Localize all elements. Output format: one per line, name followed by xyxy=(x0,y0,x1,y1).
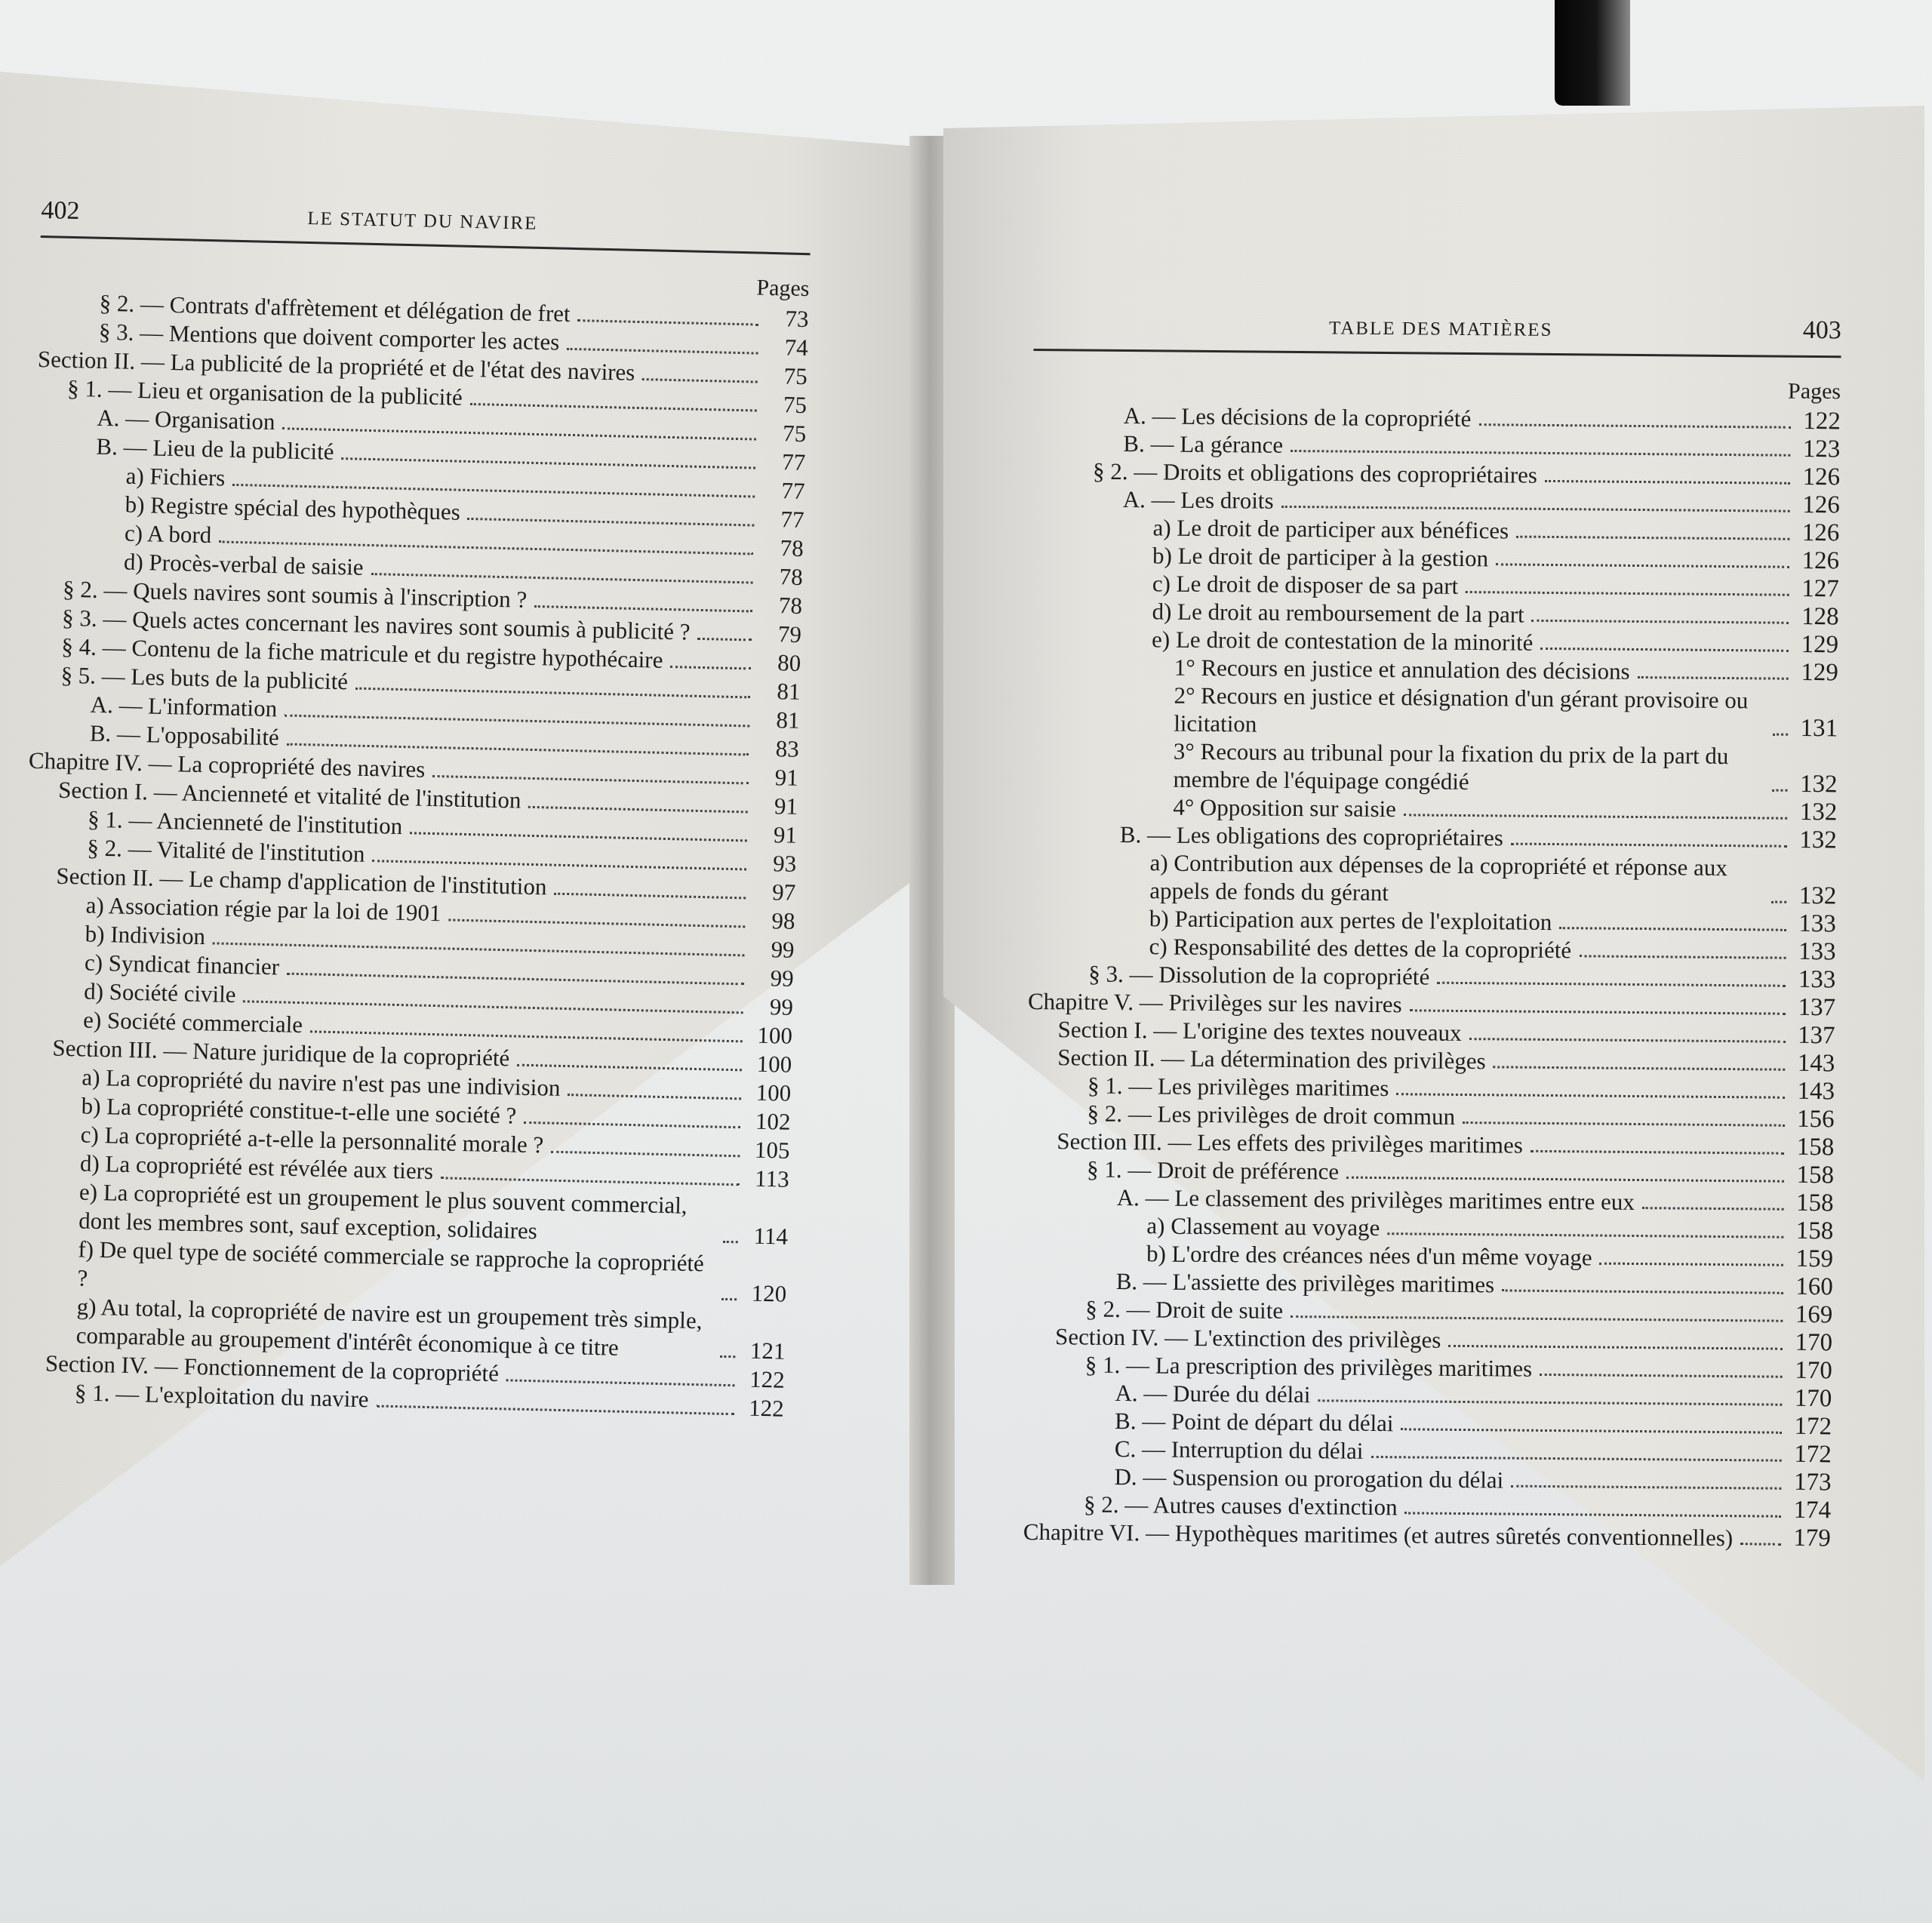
toc-entry-page: 123 xyxy=(1796,435,1840,464)
toc-entry-title: Section IV. — L'extinction des privilège… xyxy=(1055,1322,1441,1353)
toc-entry-title: B. — Les obligations des copropriétaires xyxy=(1120,820,1503,851)
toc-entry-page: 99 xyxy=(750,935,795,965)
toc-entry-page: 126 xyxy=(1795,547,1839,576)
dot-leader xyxy=(1478,423,1790,429)
dot-leader xyxy=(1291,450,1790,457)
toc-entry-page: 80 xyxy=(757,648,801,678)
dot-leader xyxy=(468,518,755,527)
dot-leader xyxy=(1638,676,1789,680)
toc-entry-title: § 2. — Droit de suite xyxy=(1085,1295,1283,1325)
table-of-contents: § 2. — Contrats d'affrètement et délégat… xyxy=(14,288,809,1423)
toc-entry-page: 120 xyxy=(743,1278,787,1308)
dot-leader xyxy=(1532,620,1789,624)
toc-entry-page: 78 xyxy=(758,591,803,620)
toc-entry-page: 160 xyxy=(1789,1273,1833,1302)
dot-leader xyxy=(1371,1456,1781,1462)
dot-leader xyxy=(1772,789,1787,792)
toc-entry-page: 77 xyxy=(761,448,806,477)
toc-entry-title: B. — L'opposabilité xyxy=(89,719,279,752)
toc-entry-page: 169 xyxy=(1789,1301,1832,1330)
toc-entry-page: 75 xyxy=(763,362,808,391)
dot-leader xyxy=(1559,927,1786,931)
dot-leader xyxy=(567,348,758,355)
toc-entry-page: 126 xyxy=(1796,491,1840,520)
dot-leader xyxy=(697,638,752,642)
toc-entry-title: B. — La gérance xyxy=(1123,429,1283,459)
dot-leader xyxy=(1496,563,1789,568)
toc-entry-page: 143 xyxy=(1791,1078,1835,1106)
toc-entry-title: Chapitre V. — Privilèges sur les navires xyxy=(1028,987,1402,1018)
toc-entry-title: B. — Point de départ du délai xyxy=(1115,1407,1394,1437)
toc-entry-page: 91 xyxy=(753,792,798,821)
toc-entry-page: 83 xyxy=(755,734,799,764)
toc-entry-title: § 2. — Droits et obligations des copropr… xyxy=(1093,457,1537,489)
dot-leader xyxy=(1642,1207,1784,1211)
dot-leader xyxy=(441,1177,740,1186)
dot-leader xyxy=(1448,1345,1783,1350)
toc-entry-page: 173 xyxy=(1787,1469,1831,1497)
dot-leader xyxy=(1540,648,1789,652)
dot-leader xyxy=(1437,982,1786,987)
dot-leader xyxy=(506,1379,735,1386)
dot-leader xyxy=(534,605,752,613)
toc-entry-page: 91 xyxy=(753,820,798,850)
right-running-head: TABLE DES MATIÈRES 403 xyxy=(1034,309,1841,358)
toc-entry-title: § 2. — Les privilèges de droit commun xyxy=(1088,1100,1456,1131)
toc-entry-title: c) Syndicat financier xyxy=(85,949,280,982)
toc-entry-page: 132 xyxy=(1793,798,1837,827)
toc-entry-title: a) Classement au voyage xyxy=(1146,1211,1380,1241)
toc-entry-title: e) Société commerciale xyxy=(83,1006,303,1040)
dot-leader xyxy=(1404,814,1787,819)
toc-entry-page: 81 xyxy=(756,677,801,706)
dot-leader xyxy=(1599,1263,1783,1266)
dot-leader xyxy=(1494,1066,1786,1070)
toc-entry-title: Section II. — La détermination des privi… xyxy=(1057,1043,1486,1075)
toc-entry-page: 93 xyxy=(752,849,797,878)
dot-leader xyxy=(577,319,758,325)
toc-entry-page: 100 xyxy=(747,1078,792,1108)
toc-entry-title: Section III. — Les effets des privilèges… xyxy=(1057,1127,1523,1158)
running-head-title: LE STATUT DU NAVIRE xyxy=(307,208,538,235)
toc-entry-page: 79 xyxy=(758,620,802,649)
dot-leader xyxy=(1396,1093,1785,1098)
toc-entry-page: 100 xyxy=(749,1021,793,1051)
toc-entry-page: 129 xyxy=(1795,631,1838,660)
dot-leader xyxy=(355,688,750,699)
running-head-title: TABLE DES MATIÈRES xyxy=(1329,318,1553,341)
toc-entry-page: 172 xyxy=(1788,1413,1832,1441)
dot-leader xyxy=(1463,1121,1785,1127)
toc-entry-page: 102 xyxy=(746,1107,791,1137)
toc-entry-title: 2° Recours en justice et désignation d'u… xyxy=(1174,682,1766,743)
toc-entry-page: 158 xyxy=(1790,1189,1834,1218)
toc-entry-title: a) Contribution aux dépenses de la copro… xyxy=(1149,848,1764,909)
toc-entry-page: 127 xyxy=(1795,575,1839,604)
toc-entry-title: b) Le droit de participer à la gestion xyxy=(1152,541,1488,572)
toc-entry-page: 81 xyxy=(755,706,800,735)
toc-entry-title: § 1. — Droit de préférence xyxy=(1087,1155,1339,1186)
toc-entry-page: 143 xyxy=(1791,1050,1835,1078)
dot-leader xyxy=(1281,506,1789,512)
dot-leader xyxy=(1773,734,1788,736)
table-of-contents: A. — Les décisions de la copropriété122B… xyxy=(1023,401,1841,1552)
toc-entry-page: 74 xyxy=(764,333,808,362)
toc-entry-title: A. — L'information xyxy=(90,691,277,724)
toc-entry-page: 77 xyxy=(761,476,805,506)
toc-entry-title: a) Le droit de participer aux bénéfices xyxy=(1152,513,1509,544)
toc-entry-page: 159 xyxy=(1789,1245,1833,1274)
toc-entry-title: b) L'ordre des créances nées d'un même v… xyxy=(1146,1239,1592,1271)
toc-entry-page: 122 xyxy=(740,1365,785,1394)
toc-entry-page: 158 xyxy=(1789,1217,1833,1246)
dot-leader xyxy=(554,893,746,900)
toc-entry-page: 129 xyxy=(1795,659,1838,688)
toc-entry-page: 133 xyxy=(1792,938,1835,967)
toc-entry-title: c) Responsabilité des dettes de la copro… xyxy=(1149,932,1571,964)
dot-leader xyxy=(551,1151,740,1158)
toc-entry-title: A. — Les décisions de la copropriété xyxy=(1124,402,1472,432)
toc-entry-page: 77 xyxy=(760,505,804,534)
dot-leader xyxy=(723,1241,738,1243)
toc-entry-page: 121 xyxy=(741,1336,786,1365)
dot-leader xyxy=(1540,1374,1783,1378)
toc-entry-page: 156 xyxy=(1791,1106,1835,1134)
toc-entry-page: 99 xyxy=(749,992,793,1022)
toc-entry-page: 91 xyxy=(754,763,798,792)
toc-entry-page: 132 xyxy=(1793,771,1837,799)
background-object xyxy=(1555,0,1630,106)
toc-entry-title: A. — Les droits xyxy=(1123,485,1274,515)
dot-leader xyxy=(1579,955,1786,958)
toc-entry-title: B. — L'assiette des privilèges maritimes xyxy=(1116,1267,1495,1298)
dot-leader xyxy=(528,806,748,814)
toc-entry-title: Section I. — L'origine des textes nouvea… xyxy=(1058,1015,1462,1047)
toc-entry-page: 132 xyxy=(1792,882,1836,911)
toc-entry-page: 170 xyxy=(1788,1385,1832,1414)
toc-entry-page: 137 xyxy=(1792,994,1835,1023)
toc-entry-page: 97 xyxy=(752,878,796,907)
dot-leader xyxy=(1401,1428,1782,1433)
toc-entry-page: 78 xyxy=(758,562,803,592)
toc-entry-page: 114 xyxy=(744,1221,789,1251)
dot-leader xyxy=(720,1355,735,1358)
toc-entry-page: 170 xyxy=(1789,1357,1832,1386)
toc-entry-title: A. — Durée du délai xyxy=(1115,1379,1310,1408)
page-number: 403 xyxy=(1803,316,1841,345)
toc-entry-page: 158 xyxy=(1790,1161,1834,1190)
dot-leader xyxy=(1511,1485,1781,1490)
toc-entry-title: C. — Interruption du délai xyxy=(1115,1435,1364,1465)
toc-entry-title: Chapitre VI. — Hypothèques maritimes (et… xyxy=(1023,1518,1734,1552)
dot-leader xyxy=(1410,1009,1786,1014)
toc-entry-page: 131 xyxy=(1794,715,1838,743)
toc-entry-title: 3° Recours au tribunal pour la fixation … xyxy=(1173,737,1765,798)
dot-leader xyxy=(1740,1543,1781,1545)
dot-leader xyxy=(372,860,746,870)
toc-entry-page: 105 xyxy=(746,1136,790,1165)
toc-entry-page: 122 xyxy=(1797,408,1841,436)
left-page-content: 402 LE STATUT DU NAVIRE Pages § 2. — Con… xyxy=(14,196,811,1423)
toc-entry-page: 133 xyxy=(1792,966,1835,995)
dot-leader xyxy=(642,378,758,383)
toc-entry-title: A. — Organisation xyxy=(97,404,275,436)
toc-entry-page: 78 xyxy=(759,534,804,563)
toc-entry-page: 75 xyxy=(763,390,808,420)
toc-entry-page: 113 xyxy=(745,1165,789,1194)
toc-entry-title: 4° Opposition sur saisie xyxy=(1173,793,1396,823)
toc-entry: 3° Recours au tribunal pour la fixation … xyxy=(1029,736,1838,798)
toc-entry-page: 128 xyxy=(1795,603,1838,632)
page-number: 402 xyxy=(41,196,80,226)
dot-leader xyxy=(1291,1315,1783,1322)
dot-leader xyxy=(1466,591,1789,596)
toc-entry-page: 75 xyxy=(762,419,807,448)
toc-entry-title: c) A bord xyxy=(124,519,211,550)
toc-entry-page: 126 xyxy=(1795,519,1839,548)
dot-leader xyxy=(517,1064,742,1072)
dot-leader xyxy=(1771,901,1786,903)
dot-leader xyxy=(721,1298,737,1300)
pages-column-label: Pages xyxy=(1033,372,1841,405)
dot-leader xyxy=(1387,1232,1783,1238)
dot-leader xyxy=(670,666,751,669)
toc-entry-page: 122 xyxy=(740,1393,784,1423)
toc-entry-page: 126 xyxy=(1796,463,1840,492)
toc-entry-page: 132 xyxy=(1793,826,1837,855)
dot-leader xyxy=(1404,1512,1781,1517)
dot-leader xyxy=(1511,843,1787,848)
dot-leader xyxy=(376,1405,734,1415)
toc-entry-title: § 1. — La prescription des privilèges ma… xyxy=(1085,1351,1533,1383)
dot-leader xyxy=(524,1121,740,1129)
right-page-content: TABLE DES MATIÈRES 403 Pages A. — Les dé… xyxy=(1023,309,1841,1552)
toc-entry-title: d) Société civile xyxy=(84,977,236,1010)
dot-leader xyxy=(1531,1150,1784,1155)
dot-leader xyxy=(1545,480,1790,485)
dot-leader xyxy=(371,573,752,583)
dot-leader xyxy=(568,1094,741,1100)
toc-entry-page: 137 xyxy=(1791,1022,1835,1051)
toc-entry-page: 73 xyxy=(764,304,809,334)
toc-entry-title: § 1. — Les privilèges maritimes xyxy=(1088,1072,1389,1102)
toc-entry: 2° Recours en justice et désignation d'u… xyxy=(1030,680,1838,743)
dot-leader xyxy=(448,918,745,928)
toc-entry-page: 100 xyxy=(748,1050,792,1079)
toc-entry-page: 174 xyxy=(1787,1497,1831,1525)
toc-entry-title: § 2. — Autres causes d'extinction xyxy=(1084,1491,1398,1521)
toc-entry-title: c) Le droit de disposer de sa part xyxy=(1152,569,1459,600)
toc-entry-title: § 3. — Dissolution de la copropriété xyxy=(1088,960,1429,991)
dot-leader xyxy=(1502,1289,1783,1294)
dot-leader xyxy=(1346,1177,1784,1183)
toc-entry-title: D. — Suspension ou prorogation du délai xyxy=(1114,1463,1503,1494)
toc-entry-title: 1° Recours en justice et annulation des … xyxy=(1174,654,1630,685)
toc-entry: a) Contribution aux dépenses de la copro… xyxy=(1029,848,1837,910)
dot-leader xyxy=(470,403,757,412)
dot-leader xyxy=(1469,1038,1786,1043)
toc-entry-page: 179 xyxy=(1787,1525,1831,1553)
toc-entry-title: b) Participation aux pertes de l'exploit… xyxy=(1149,904,1552,936)
toc-entry-title: a) Fichiers xyxy=(125,462,226,493)
toc-entry-page: 170 xyxy=(1789,1329,1832,1358)
dot-leader xyxy=(410,832,747,842)
dot-leader xyxy=(1318,1399,1783,1405)
toc-entry-title: A. — Le classement des privilèges mariti… xyxy=(1117,1183,1635,1216)
toc-entry-page: 158 xyxy=(1790,1134,1834,1162)
toc-entry-page: 98 xyxy=(751,906,795,936)
toc-entry-title: d) Le droit au remboursement de la part xyxy=(1152,597,1524,628)
toc-entry-page: 133 xyxy=(1792,910,1836,939)
dot-leader xyxy=(432,775,749,784)
toc-entry-title: b) Indivision xyxy=(85,920,205,952)
toc-entry-page: 172 xyxy=(1788,1441,1832,1469)
toc-entry-page: 99 xyxy=(749,964,794,993)
dot-leader xyxy=(1516,536,1789,540)
toc-entry-title: e) Le droit de contestation de la minori… xyxy=(1152,625,1534,656)
